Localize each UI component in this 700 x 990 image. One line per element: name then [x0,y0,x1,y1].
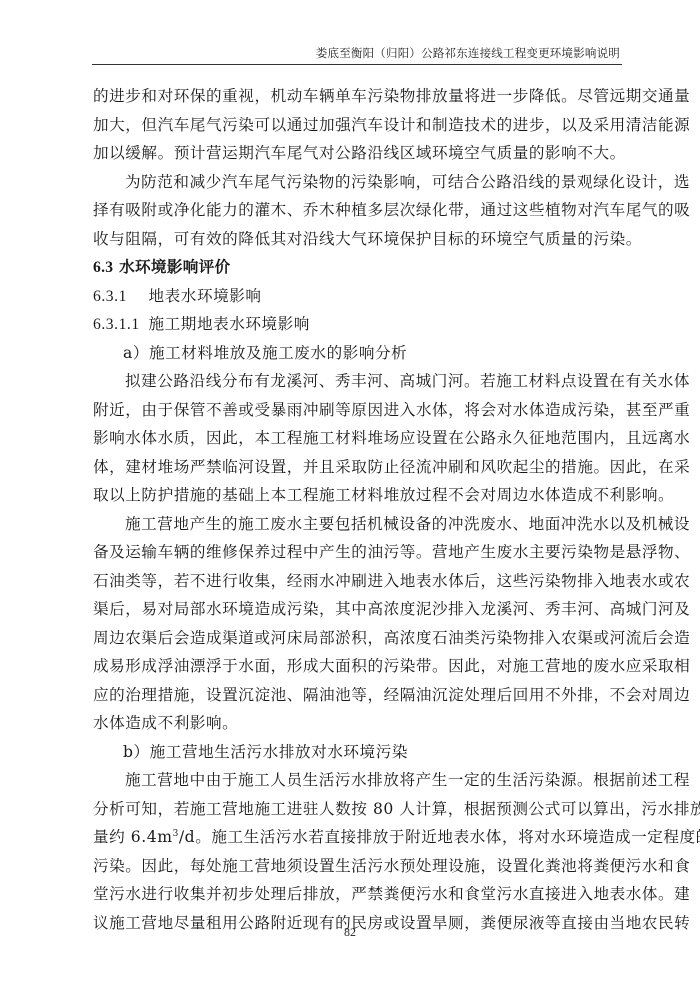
text-line: 的进步和对环保的重视，机动车辆单车污染物排放量将进一步降低。尽管远期交通量 [93,82,623,111]
section-heading-6-3-1-1: 6.3.1.1 施工期地表水环境影响 [93,310,623,339]
text-line: 石油类等，若不进行收集，经雨水冲刷进入地表水体后，这些污染物排入地表水或农 [93,567,623,596]
text-line: 成易形成浮油漂浮于水面，形成大面积的污染带。因此，对施工营地的废水应采取相 [93,652,623,681]
text-line: 污染。因此，每处施工营地须设置生活污水预处理设施，设置化粪池将粪便污水和食 [93,852,623,881]
text-line: 周边农渠后会造成渠道或河床局部淤积，高浓度石油类污染物排入农渠或河流后会造 [93,624,623,653]
text-line: 加以缓解。预计营运期汽车尾气对公路沿线区域环境空气质量的影响不大。 [93,139,623,168]
paragraph-domestic-sewage: 施工营地中由于施工人员生活污水排放将产生一定的生活污染源。根据前述工程 分析可知… [93,766,623,937]
text-line: 为防范和减少汽车尾气污染物的污染影响，可结合公路沿线的景观绿化设计，选 [93,168,623,197]
paragraph-construction-wastewater: 施工营地产生的施工废水主要包括机械设备的冲洗废水、地面冲洗水以及机械设 备及运输… [93,510,623,738]
text-fragment: 量约 6.4m [93,828,173,846]
paragraph-vehicle-emissions: 的进步和对环保的重视，机动车辆单车污染物排放量将进一步降低。尽管远期交通量 加大… [93,82,623,168]
section-number: 6.3.1.1 [93,311,143,340]
running-header: 娄底至衡阳（归阳）公路祁东连接线工程变更环境影响说明 [92,44,622,65]
section-title: 施工期地表水环境影响 [149,315,310,333]
page-body: 的进步和对环保的重视，机动车辆单车污染物排放量将进一步降低。尽管远期交通量 加大… [93,82,623,937]
text-line: 拟建公路沿线分布有龙溪河、秀丰河、高城门河。若施工材料点设置在有关水体 [93,367,623,396]
text-line: 分析可知，若施工营地施工进驻人数按 80 人计算，根据预测公式可以算出，污水排放 [93,795,623,824]
section-number: 6.3 [93,254,113,283]
section-number: 6.3.1 [93,283,143,312]
text-line: 取以上防护措施的基础上本工程施工材料堆放过程不会对周边水体造成不利影响。 [93,481,623,510]
text-line: 施工营地产生的施工废水主要包括机械设备的冲洗废水、地面冲洗水以及机械设 [93,510,623,539]
section-title: 水环境影响评价 [119,257,230,276]
subheading-b: b）施工营地生活污水排放对水环境污染 [93,738,623,767]
text-line: 体，建材堆场严禁临河设置，并且采取防止径流冲刷和风吹起尘的措施。因此，在采 [93,453,623,482]
text-line: 影响水体水质，因此，本工程施工材料堆场应设置在公路永久征地范围内，且远离水 [93,424,623,453]
text-line: 应的治理措施，设置沉淀池、隔油池等，经隔油沉淀处理后回用不外排，不会对周边 [93,681,623,710]
text-line: 堂污水进行收集并初步处理后排放，严禁粪便污水和食堂污水直接进入地表水体。建 [93,880,623,909]
section-title: 地表水环境影响 [149,287,262,305]
page-number: 82 [0,925,700,940]
text-line: 渠后，易对局部水环境造成污染，其中高浓度泥沙排入龙溪河、秀丰河、高城门河及 [93,595,623,624]
text-line: 附近，由于保管不善或受暴雨冲刷等原因进入水体，将会对水体造成污染，甚至严重 [93,396,623,425]
paragraph-material-storage: 拟建公路沿线分布有龙溪河、秀丰河、高城门河。若施工材料点设置在有关水体 附近，由… [93,367,623,510]
paragraph-greening-measures: 为防范和减少汽车尾气污染物的污染影响，可结合公路沿线的景观绿化设计，选 择有吸附… [93,168,623,254]
document-title: 娄底至衡阳（归阳）公路祁东连接线工程变更环境影响说明 [316,45,620,61]
section-heading-6-3-1: 6.3.1 地表水环境影响 [93,282,623,311]
text-line: 加大，但汽车尾气污染可以通过加强汽车设计和制造技术的进步，以及采用清洁能源 [93,111,623,140]
subheading-a: a）施工材料堆放及施工废水的影响分析 [93,339,623,368]
text-line-with-superscript: 量约 6.4m3/d。施工生活污水若直接排放于附近地表水体，将对水环境造成一定程… [93,823,623,852]
text-line: 收与阻隔，可有效的降低其对沿线大气环境保护目标的环境空气质量的污染。 [93,225,623,254]
text-line: 水体造成不利影响。 [93,709,623,738]
text-line: 施工营地中由于施工人员生活污水排放将产生一定的生活污染源。根据前述工程 [93,766,623,795]
section-heading-6-3: 6.3 水环境影响评价 [93,253,623,282]
text-line: 备及运输车辆的维修保养过程中产生的油污等。营地产生废水主要污染物是悬浮物、 [93,538,623,567]
text-line: 择有吸附或净化能力的灌木、乔木种植多层次绿化带，通过这些植物对汽车尾气的吸 [93,196,623,225]
text-fragment: /d。施工生活污水若直接排放于附近地表水体，将对水环境造成一定程度的 [179,828,700,846]
